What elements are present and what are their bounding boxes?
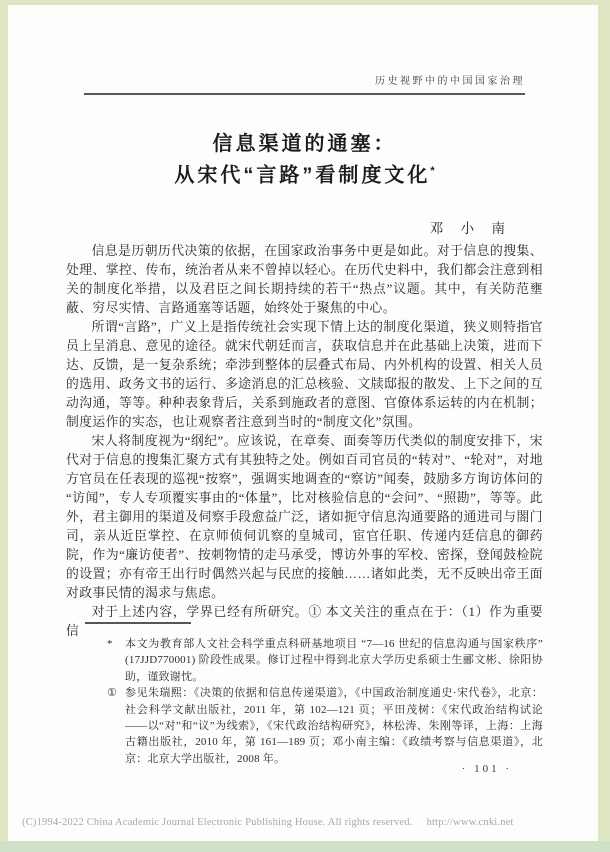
running-head: 历史视野中的中国国家治理 <box>84 75 525 95</box>
footnote-divider-rule <box>85 622 191 624</box>
footnote-item: ① 参见朱瑞熙：《决策的依据和信息传递渠道》，《中国政治制度通史·宋代卷》，北京… <box>107 685 543 767</box>
article-body: 信息是历朝历代决策的依据，在国家政治事务中更是如此。对于信息的搜集、处理、掌控、… <box>66 242 543 641</box>
footnote-marker: ① <box>107 685 125 767</box>
running-head-text: 历史视野中的中国国家治理 <box>375 76 525 87</box>
page-background-strip <box>0 841 610 852</box>
article-title: 信息渠道的通塞： 从宋代“言路”看制度文化* <box>66 131 543 190</box>
title-footnote-mark: * <box>430 165 434 177</box>
footnotes-block: * 本文为教育部人文社会科学重点科研基地项目 “7—16 世纪的信息沟通与国家秩… <box>107 636 543 767</box>
footnote-marker: * <box>107 636 125 685</box>
body-paragraph: 所谓“言路”，广义上是指传统社会实现下情上达的制度化渠道，狭义则特指官员上呈消息… <box>66 318 543 432</box>
body-paragraph: 信息是历朝历代决策的依据，在国家政治事务中更是如此。对于信息的搜集、处理、掌控、… <box>66 242 543 318</box>
footnote-item: * 本文为教育部人文社会科学重点科研基地项目 “7—16 世纪的信息沟通与国家秩… <box>107 636 543 685</box>
article-title-line1: 信息渠道的通塞： <box>66 131 543 158</box>
cnki-url: http://www.cnki.net <box>427 817 514 828</box>
footnote-text: 参见朱瑞熙：《决策的依据和信息传递渠道》，《中国政治制度通史·宋代卷》，北京：社… <box>125 685 543 767</box>
footnote-text: 本文为教育部人文社会科学重点科研基地项目 “7—16 世纪的信息沟通与国家秩序”… <box>125 636 543 685</box>
page-number: · 101 · <box>462 763 512 775</box>
paper-sheet: 历史视野中的中国国家治理 信息渠道的通塞： 从宋代“言路”看制度文化* 邓 小 … <box>8 5 598 841</box>
copyright-text: (C)1994-2022 China Academic Journal Elec… <box>22 817 413 828</box>
body-paragraph: 宋人将制度视为“纲纪”。应该说，在章奏、面奏等历代类似的制度安排下，宋代对于信息… <box>66 432 543 603</box>
scanned-journal-page: 历史视野中的中国国家治理 信息渠道的通塞： 从宋代“言路”看制度文化* 邓 小 … <box>0 0 610 852</box>
article-title-line2: 从宋代“言路”看制度文化* <box>66 158 543 190</box>
author-name: 邓 小 南 <box>430 217 510 237</box>
copyright-watermark: (C)1994-2022 China Academic Journal Elec… <box>22 817 514 828</box>
